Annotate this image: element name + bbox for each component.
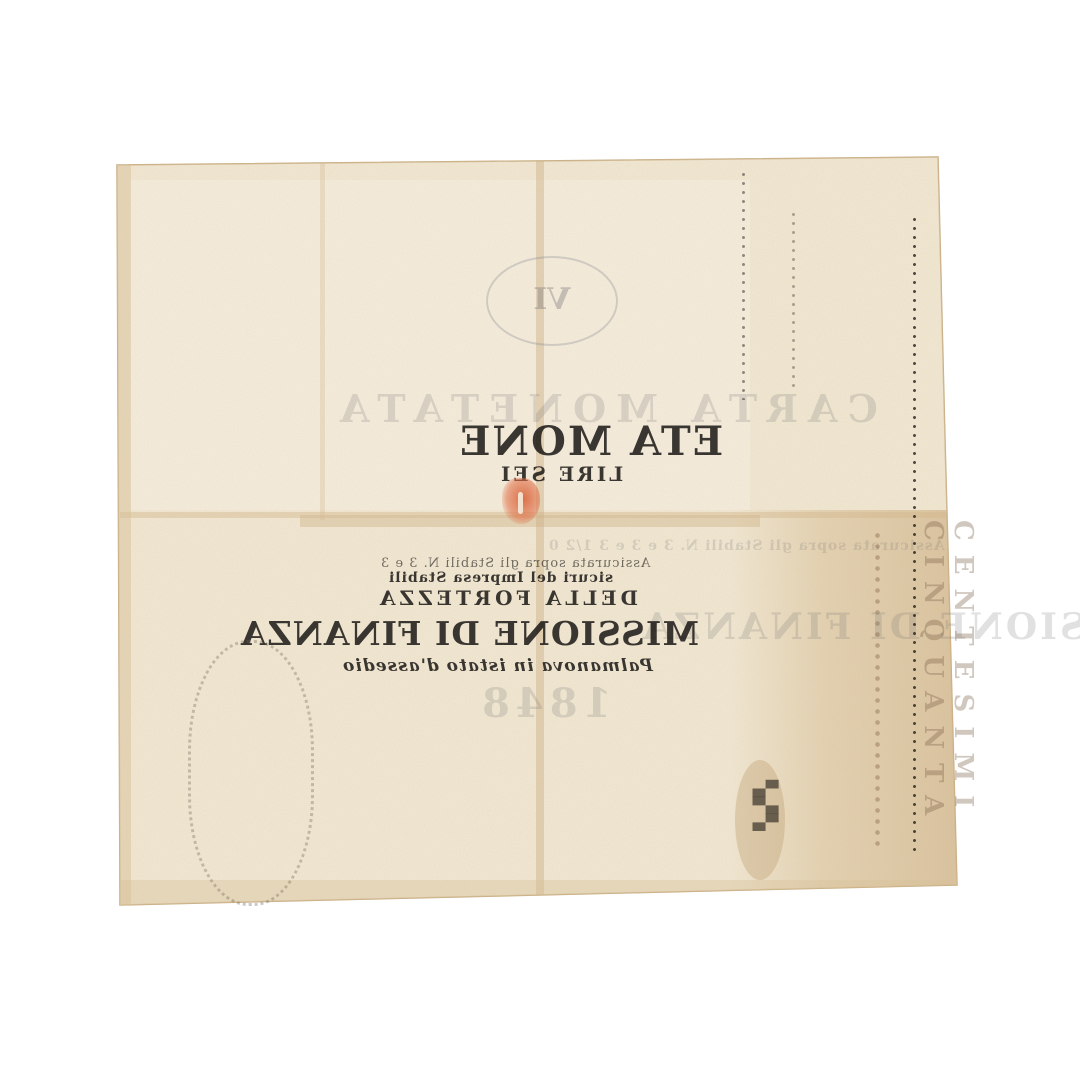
numeral-vi: VI <box>488 282 616 317</box>
mirrored-monetata: ETA MONE <box>458 418 723 465</box>
edge-text-right: CENTESIMI CINQUANTA <box>918 520 978 890</box>
denomination-oval: VI <box>486 256 618 346</box>
perforation-line-upper-2 <box>792 210 795 390</box>
perforation-line-upper <box>742 170 745 400</box>
ghost-year: 1848 <box>476 680 611 727</box>
ink-smudge-bottom: ▚▞▚ <box>752 780 778 880</box>
mirrored-commissione: MISSIONE DI FINANZA <box>240 614 699 653</box>
red-wax-stamp <box>502 478 540 524</box>
mirrored-della-fortezza: DELLA FORTEZZA <box>376 586 638 610</box>
mirrored-assicurata: Assicurata sopra gli Stabili N. 3 e 3 <box>380 556 650 571</box>
perforation-ghost <box>875 530 880 850</box>
oval-seal-ghost <box>188 640 314 906</box>
ghost-commissione: COMMISSIONE DI FINANZA <box>640 606 1080 648</box>
perforation-line-right <box>913 215 916 855</box>
ghost-assicurata: Assicurata sopra gli Stabili N. 3 e 3 e … <box>548 538 945 554</box>
banknote-photo: VI CARTA MONETATA Assicurata sopra gli S… <box>0 0 1080 1080</box>
mirrored-palmanova: Palmanova in istato d'assedio <box>342 656 653 676</box>
mirrored-impresa: sicuri del Impresa Stabili <box>388 570 613 586</box>
